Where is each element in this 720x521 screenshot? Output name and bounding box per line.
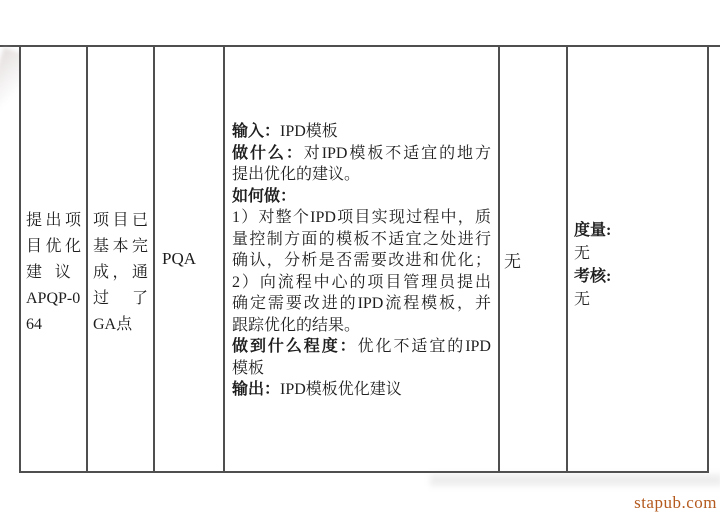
- text-line: 成，通: [93, 260, 148, 286]
- text-line: 做到什么程度：优化不适宜的IPD: [232, 336, 491, 358]
- text-line: APQP-0: [26, 286, 81, 312]
- text-line: 无: [574, 288, 707, 311]
- text-line: 如何做：: [232, 186, 491, 208]
- cell-measurement: 度量:无考核:无: [568, 47, 707, 471]
- text-line: 目优化: [26, 234, 81, 260]
- text-line: 输出：IPD模板优化建议: [232, 379, 491, 401]
- text-line: 度量:: [574, 219, 707, 242]
- process-table-row: 提出项目优化建议APQP-064 项目已基本完成，通过了GA点 PQA 输入：I…: [19, 47, 709, 473]
- text-line: 确定需要改进的IPD流程模板，并: [232, 293, 491, 315]
- text-line: 2）向流程中心的项目管理员提出: [232, 272, 491, 294]
- text-line: 量控制方面的模板不适宜之处进行: [232, 229, 491, 251]
- text-line: 项目已: [93, 208, 148, 234]
- tailoring-value: 无: [504, 247, 566, 272]
- text-line: 做什么：对IPD模板不适宜的地方: [232, 143, 491, 165]
- text-line: 无: [574, 242, 707, 265]
- cell-activity-id: 提出项目优化建议APQP-064: [21, 47, 88, 471]
- owner-label: PQA: [162, 249, 223, 269]
- text-line: 跟踪优化的结果。: [232, 315, 491, 337]
- text-line: GA点: [93, 312, 148, 338]
- text-line: 64: [26, 312, 81, 338]
- text-line: 提出项: [26, 208, 81, 234]
- watermark: stapub.com: [634, 493, 717, 513]
- text-line: 1）对整个IPD项目实现过程中，质: [232, 207, 491, 229]
- cell-tailoring: 无: [500, 47, 568, 471]
- text-line: 建议: [26, 260, 81, 286]
- cell-owner: PQA: [155, 47, 225, 471]
- procedure-text: 输入：IPD模板做什么：对IPD模板不适宜的地方提出优化的建议。如何做：1）对整…: [232, 121, 491, 401]
- text-line: 基本完: [93, 234, 148, 260]
- text-line: 过了: [93, 286, 148, 312]
- scan-artifact-bottom: [430, 474, 720, 486]
- activity-id-text: 提出项目优化建议APQP-064: [26, 208, 81, 338]
- cell-entry-criteria: 项目已基本完成，通过了GA点: [88, 47, 155, 471]
- text-line: 模板: [232, 358, 491, 380]
- text-line: 确认，分析是否需要改进和优化；: [232, 250, 491, 272]
- text-line: 考核:: [574, 265, 707, 288]
- entry-criteria-text: 项目已基本完成，通过了GA点: [93, 208, 148, 338]
- text-line: 提出优化的建议。: [232, 164, 491, 186]
- measurement-text: 度量:无考核:无: [574, 219, 707, 311]
- cell-procedure-description: 输入：IPD模板做什么：对IPD模板不适宜的地方提出优化的建议。如何做：1）对整…: [225, 47, 500, 471]
- text-line: 输入：IPD模板: [232, 121, 491, 143]
- document-page: 提出项目优化建议APQP-064 项目已基本完成，通过了GA点 PQA 输入：I…: [0, 0, 720, 521]
